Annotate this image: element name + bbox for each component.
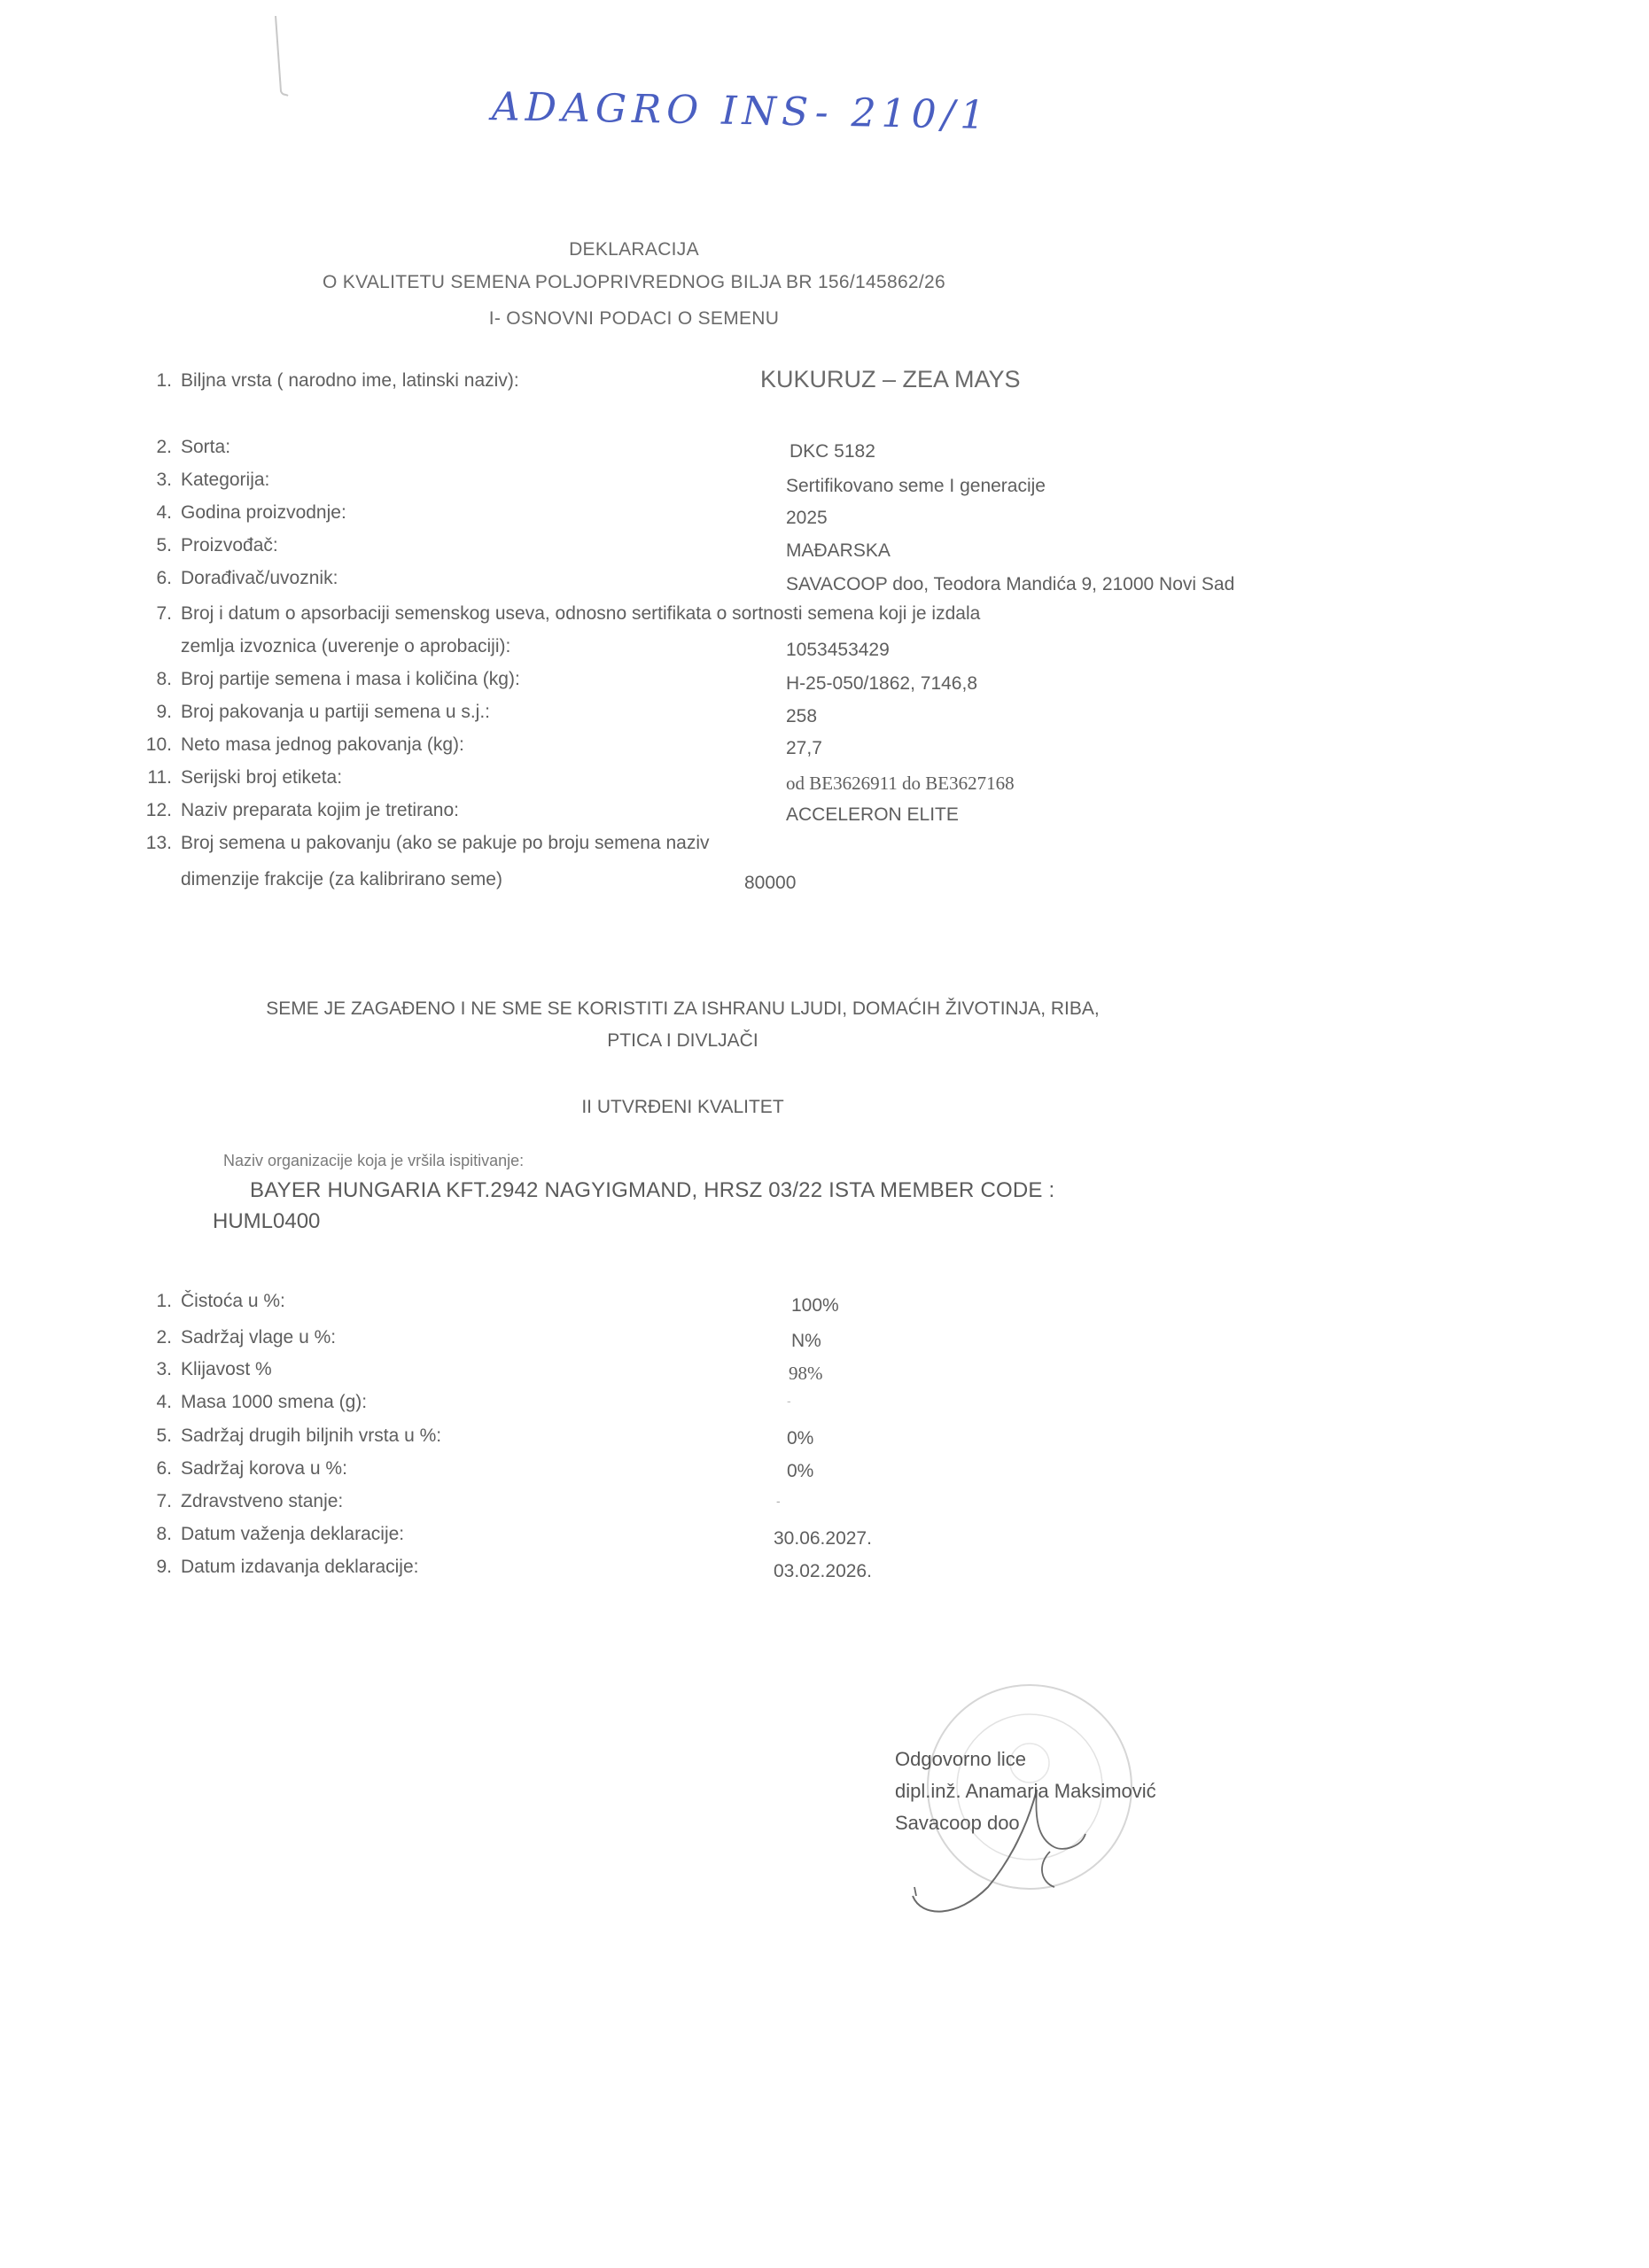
quality-value-other-species: 0% xyxy=(787,1428,813,1449)
field-label: Biljna vrsta ( narodno ime, latinski naz… xyxy=(181,370,519,391)
quality-value-issue-date: 03.02.2026. xyxy=(774,1561,872,1582)
quality-label: Sadržaj korova u %: xyxy=(181,1458,347,1479)
document-title: DEKLARACIJA xyxy=(0,239,1458,260)
document-subtitle: O KVALITETU SEMENA POLJOPRIVREDNOG BILJA… xyxy=(0,272,1458,293)
contamination-warning-line2: PTICA I DIVLJAČI xyxy=(0,1030,1507,1052)
field-value-package-count: 258 xyxy=(786,706,817,727)
quality-value-thousand-seed-mass: - xyxy=(787,1394,791,1408)
field-row-net-mass: 10.Neto masa jednog pakovanja (kg): xyxy=(133,734,464,756)
quality-row-other-species: 5.Sadržaj drugih biljnih vrsta u %: xyxy=(133,1425,441,1447)
quality-row-purity: 1.Čistoća u %: xyxy=(133,1291,285,1312)
quality-row-valid-until: 8.Datum važenja deklaracije: xyxy=(133,1524,404,1545)
signatory-name: dipl.inž. Anamaria Maksimović xyxy=(895,1775,1156,1807)
quality-value-valid-until: 30.06.2027. xyxy=(774,1528,872,1550)
quality-value-germination: 98% xyxy=(789,1363,823,1385)
field-value-processor-importer: SAVACOOP doo, Teodora Mandića 9, 21000 N… xyxy=(786,574,1234,595)
quality-value-health-status: - xyxy=(776,1494,781,1508)
field-value-production-year: 2025 xyxy=(786,508,828,529)
quality-row-health-status: 7.Zdravstveno stanje: xyxy=(133,1491,343,1512)
field-label: Sorta: xyxy=(181,437,230,457)
field-label: Kategorija: xyxy=(181,470,269,490)
section1-heading: I- OSNOVNI PODACI O SEMENU xyxy=(0,308,1458,330)
field-label: Broj i datum o apsorbaciji semenskog use… xyxy=(181,603,980,624)
quality-label: Datum važenja deklaracije: xyxy=(181,1524,404,1544)
field-label-approbation-line2: zemlja izvoznica (uverenje o aprobaciji)… xyxy=(181,636,510,657)
scan-mark-decoration xyxy=(272,16,290,100)
quality-row-issue-date: 9.Datum izdavanja deklaracije: xyxy=(133,1557,418,1578)
declaration-page: ADAGRO INS- 210/1 DEKLARACIJA O KVALITET… xyxy=(0,0,1649,2268)
field-value-net-mass: 27,7 xyxy=(786,738,822,759)
field-value-seed-count: 80000 xyxy=(744,873,796,894)
field-label: Broj semena u pakovanju (ako se pakuje p… xyxy=(181,833,710,853)
quality-row-thousand-seed-mass: 4.Masa 1000 smena (g): xyxy=(133,1392,367,1413)
field-row-package-count: 9.Broj pakovanja u partiji semena u s.j.… xyxy=(133,702,490,723)
field-row-lot-number: 8.Broj partije semena i masa i količina … xyxy=(133,669,520,690)
quality-label: Sadržaj vlage u %: xyxy=(181,1327,336,1348)
field-label: Naziv preparata kojim je tretirano: xyxy=(181,800,459,820)
field-label: Broj pakovanja u partiji semena u s.j.: xyxy=(181,702,490,722)
field-label: Godina proizvodnje: xyxy=(181,502,346,523)
field-row-processor-importer: 6.Dorađivač/uvoznik: xyxy=(133,568,338,589)
quality-label: Datum izdavanja deklaracije: xyxy=(181,1557,418,1577)
contamination-warning-line1: SEME JE ZAGAĐENO I NE SME SE KORISTITI Z… xyxy=(0,998,1507,1020)
quality-value-weeds: 0% xyxy=(787,1461,813,1482)
quality-value-purity: 100% xyxy=(791,1295,839,1317)
quality-label: Masa 1000 smena (g): xyxy=(181,1392,367,1412)
testing-org-name: BAYER HUNGARIA KFT.2942 NAGYIGMAND, HRSZ… xyxy=(250,1178,1054,1203)
field-row-plant-species: 1.Biljna vrsta ( narodno ime, latinski n… xyxy=(133,370,519,392)
field-label: Proizvođač: xyxy=(181,535,278,555)
field-value-plant-species: KUKURUZ – ZEA MAYS xyxy=(760,366,1021,393)
field-value-treatment: ACCELERON ELITE xyxy=(786,804,959,826)
field-value-lot-number: H-25-050/1862, 7146,8 xyxy=(786,673,977,695)
quality-label: Zdravstveno stanje: xyxy=(181,1491,343,1511)
field-row-variety: 2.Sorta: xyxy=(133,437,230,458)
field-row-producer: 5.Proizvođač: xyxy=(133,535,278,556)
handwritten-note: ADAGRO INS- 210/1 xyxy=(492,84,991,138)
field-value-variety: DKC 5182 xyxy=(789,441,875,462)
field-label: Neto masa jednog pakovanja (kg): xyxy=(181,734,464,755)
quality-row-germination: 3.Klijavost % xyxy=(133,1359,272,1380)
field-row-category: 3.Kategorija: xyxy=(133,470,269,491)
field-value-approbation: 1053453429 xyxy=(786,640,890,661)
signatory-company: Savacoop doo xyxy=(895,1807,1156,1839)
field-value-category: Sertifikovano seme I generacije xyxy=(786,476,1046,497)
section2-heading: II UTVRĐENI KVALITET xyxy=(0,1097,1507,1118)
signatory-role: Odgovorno lice xyxy=(895,1744,1156,1775)
field-row-seed-count: 13.Broj semena u pakovanju (ako se pakuj… xyxy=(133,833,710,854)
quality-row-moisture: 2.Sadržaj vlage u %: xyxy=(133,1327,336,1348)
signature-block: Odgovorno lice dipl.inž. Anamaria Maksim… xyxy=(895,1744,1156,1839)
field-value-producer: MAĐARSKA xyxy=(786,540,891,562)
field-label: Serijski broj etiketa: xyxy=(181,767,342,788)
field-label: Broj partije semena i masa i količina (k… xyxy=(181,669,520,689)
quality-label: Čistoća u %: xyxy=(181,1291,285,1311)
field-label: Dorađivač/uvoznik: xyxy=(181,568,338,588)
testing-org-code: HUML0400 xyxy=(213,1209,320,1234)
field-row-label-serials: 11.Serijski broj etiketa: xyxy=(133,767,342,788)
quality-label: Sadržaj drugih biljnih vrsta u %: xyxy=(181,1425,441,1446)
quality-row-weeds: 6.Sadržaj korova u %: xyxy=(133,1458,347,1480)
quality-value-moisture: N% xyxy=(791,1331,821,1352)
field-row-production-year: 4.Godina proizvodnje: xyxy=(133,502,346,524)
field-label-seed-count-line2: dimenzije frakcije (za kalibrirano seme) xyxy=(181,869,502,890)
testing-org-label: Naziv organizacije koja je vršila ispiti… xyxy=(223,1152,524,1170)
field-value-label-serials: od BE3626911 do BE3627168 xyxy=(786,773,1015,795)
field-row-treatment: 12.Naziv preparata kojim je tretirano: xyxy=(133,800,459,821)
field-row-approbation: 7.Broj i datum o apsorbaciji semenskog u… xyxy=(133,603,980,625)
quality-label: Klijavost % xyxy=(181,1359,272,1379)
